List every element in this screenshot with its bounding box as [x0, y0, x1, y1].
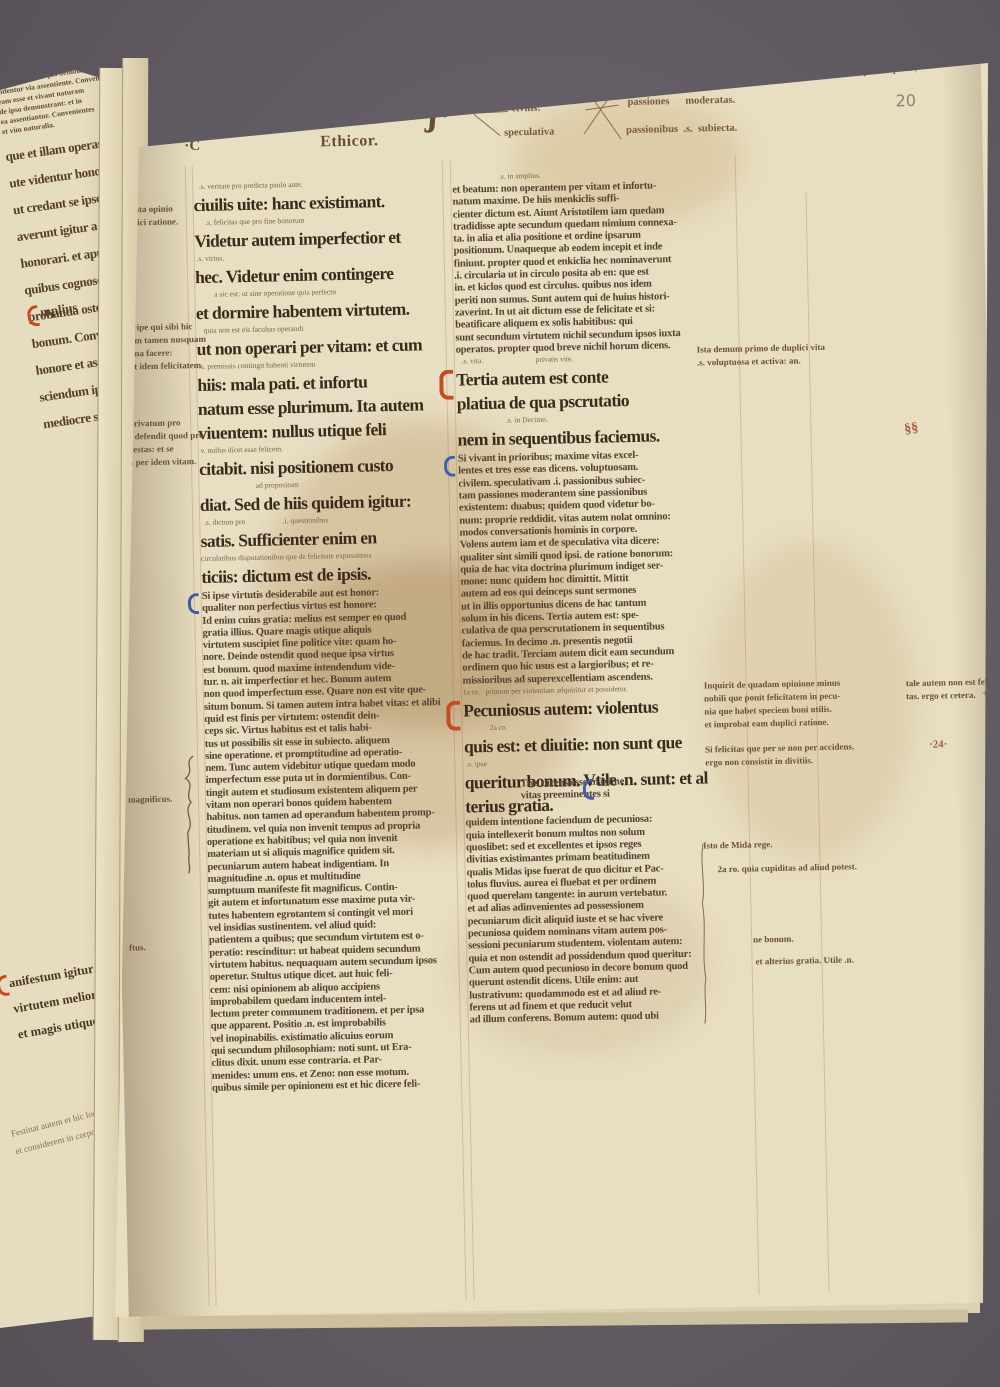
diagram-target-label: passionibus .s. subiecta. [626, 123, 737, 136]
paraph-mark [444, 456, 455, 477]
text-line: nem in sequentibus faciemus. [457, 422, 727, 452]
margin-note: Ista demum primo de duplici vita.s. volu… [697, 341, 826, 370]
margin-note: et alterius gratia. Utile .n. [755, 953, 853, 968]
margin-note: ne bonum. [753, 933, 794, 947]
diagram-branch-label: speculativa [504, 127, 554, 139]
text-block: nem in sequentibus faciemus. [457, 422, 727, 452]
text-column-right: .s. in amplius.et beatum: non operantem … [452, 167, 740, 1027]
running-title: Ethicor. [320, 132, 378, 151]
margin-note: Isto de Mida rege. [703, 838, 773, 852]
margin-note: Si felicitas que per se non per accidens… [705, 740, 855, 769]
text-line: ticiis: dictum est de ipsis. [201, 560, 455, 589]
text-block: ticiis: dictum est de ipsis. [201, 560, 455, 589]
paraph-mark [446, 700, 461, 730]
text-block: hiis: mala pati. et infortunatum esse pl… [197, 368, 452, 445]
diagram-target-label: passiones moderatas. [627, 95, 735, 108]
diagram-branch-label: civilis: [512, 103, 541, 115]
diagram-branch-label: voluptuosa [505, 79, 554, 91]
photo-background: post aliquod de quo demonstrantvidentur … [0, 0, 1000, 1387]
margin-note: magnificus. [128, 793, 173, 807]
plus-mark: + [982, 688, 988, 700]
text-column-left: .s. veritate pro predicta paulo ante.ciu… [193, 177, 466, 1095]
text-line: ftus. [129, 941, 146, 954]
text-block: Tertia autem est conteplatiua de qua psc… [456, 362, 727, 416]
text-line: .s. voluptuosa et activa: an. [697, 354, 826, 370]
folio-number: 20 [895, 91, 916, 110]
quire-mark: ·C [184, 138, 200, 155]
text-line: Isto de Mida rege. [703, 838, 773, 852]
margin-note: tale autem non est felici-tas. ergo et c… [906, 675, 1000, 703]
text-block: Si ipse virtutis desiderabile aut est ho… [202, 586, 467, 1095]
nota-mark: ·24· [929, 738, 948, 750]
text-block: et beatum: non operantem per vitam et in… [452, 179, 726, 357]
margin-note: ftus. [129, 941, 146, 954]
diagram-target-label: sine passionibus existens [623, 69, 733, 82]
text-block: Si vivant in prioribus; maxime vitas exc… [458, 448, 733, 687]
text-line: ergo non consistit in divitiis. [705, 753, 854, 769]
manuscript-page: ·C Ethicor. ʃ· 20 | qd auctor ps de oper… [115, 55, 993, 1335]
manuscript-page-surface: ·C Ethicor. ʃ· 20 | qd auctor ps de oper… [102, 38, 1000, 1336]
text-line: 2a ro. quia cupiditas ad aliud potest. [717, 860, 857, 876]
paraph-mark [583, 779, 594, 800]
profile-face-doodle [177, 754, 206, 880]
text-line: tas. ergo et cetera. [906, 688, 1000, 703]
diagram-root-label: vita [440, 103, 460, 118]
nota-flourish: §§ [903, 420, 919, 438]
margin-note: Inquirit de quadam opinione minusnobili … [704, 677, 842, 732]
top-right-annotation: | qd auctor ps de opera | [815, 62, 918, 80]
text-line: et alterius gratia. Utile .n. [755, 953, 853, 968]
text-line: magnificus. [128, 793, 173, 807]
diagram-lines [433, 58, 855, 171]
text-line: ne bonum. [753, 933, 794, 947]
paraph-mark [439, 370, 454, 400]
underlying-text-top: post aliquod de quo demonstrantvidentur … [0, 51, 191, 137]
paraph-mark [188, 593, 199, 614]
margin-note: 2a ro. quia cupiditas ad aliud potest. [717, 860, 857, 876]
vita-schema-diagram: vita voluptuosa civilis: speculativa sin… [433, 58, 855, 171]
text-line: Ista demum primo de duplici vita [697, 341, 826, 357]
text-line: et improbat eam duplici ratione. [704, 716, 841, 732]
